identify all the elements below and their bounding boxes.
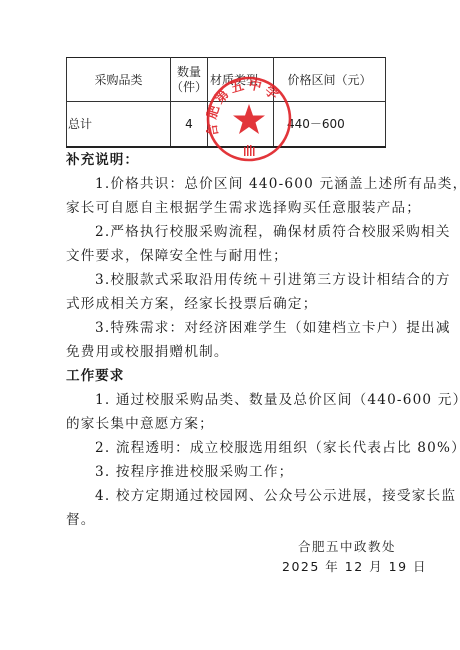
work-item-1-line2: 的家长集中意愿方案；: [66, 412, 386, 436]
header-material: 材质类型: [208, 58, 274, 102]
supplement-title: 补充说明：: [66, 148, 386, 172]
work-item-3: 3. 按程序推进校服采购工作；: [66, 460, 415, 484]
supplement-item-3-line1: 3.校服款式采取沿用传统＋引进第三方设计相结合的方: [66, 268, 415, 292]
work-item-4-line2: 督。: [66, 508, 386, 532]
signature-date: 2025 年 12 月 19 日: [282, 557, 427, 575]
work-item-4-line1: 4. 校方定期通过校园网、公众号公示进展，接受家长监: [66, 484, 415, 508]
work-item-1-line1: 1. 通过校服采购品类、数量及总价区间（440-600 元）: [66, 388, 415, 412]
cell-price-range: 440－600: [274, 102, 386, 147]
cell-material: [208, 102, 274, 147]
header-quantity-unit: （件）: [171, 80, 207, 95]
supplement-item-4-line2: 免费用或校服捐赠机制。: [66, 340, 386, 364]
header-category: 采购品类: [67, 58, 171, 102]
work-item-2: 2. 流程透明：成立校服选用组织（家长代表占比 80%）；: [66, 436, 415, 460]
table-header-row: 采购品类 数量 （件） 材质类型 价格区间（元）: [67, 58, 386, 102]
procurement-table: 采购品类 数量 （件） 材质类型 价格区间（元） 总计 4 440－600: [66, 57, 386, 148]
supplement-item-1-line2: 家长可自愿自主根据学生需求选择购买任意服装产品；: [66, 196, 386, 220]
document-page: 采购品类 数量 （件） 材质类型 价格区间（元） 总计 4 440－600 补充…: [0, 0, 460, 650]
supplement-item-3-line2: 式形成相关方案，经家长投票后确定；: [66, 292, 386, 316]
cell-quantity: 4: [171, 102, 208, 147]
work-requirements-title: 工作要求: [66, 364, 386, 388]
supplement-item-2-line2: 文件要求，保障安全性与耐用性；: [66, 244, 386, 268]
header-quantity-label: 数量: [171, 65, 207, 80]
header-price-range: 价格区间（元）: [274, 58, 386, 102]
cell-category: 总计: [67, 102, 171, 147]
signature-org: 合肥五中政教处: [298, 537, 396, 555]
header-quantity: 数量 （件）: [171, 58, 208, 102]
table-row: 总计 4 440－600: [67, 102, 386, 147]
supplement-item-1-line1: 1.价格共识：总价区间 440-600 元涵盖上述所有品类，: [66, 172, 415, 196]
supplement-item-2-line1: 2.严格执行校服采购流程，确保材质符合校服采购相关: [66, 220, 415, 244]
supplement-item-4-line1: 3.特殊需求：对经济困难学生（如建档立卡户）提出减: [66, 316, 415, 340]
